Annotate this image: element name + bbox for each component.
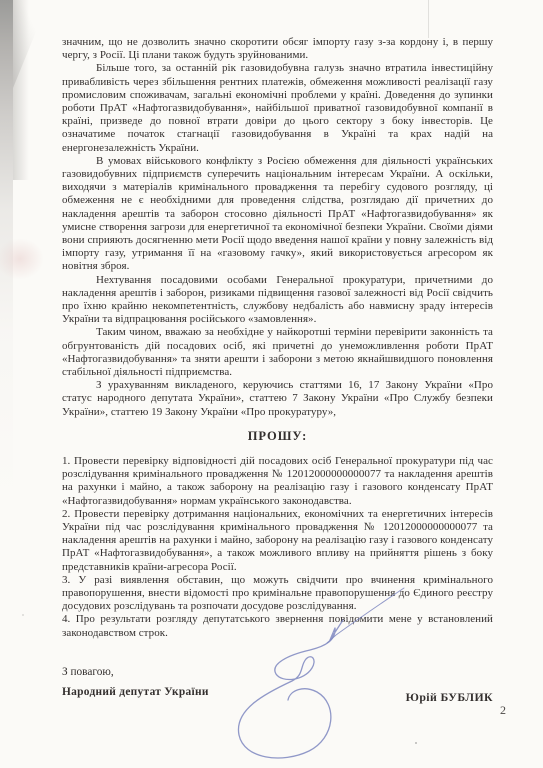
scan-edge-shadow	[0, 0, 13, 768]
scan-smudge	[0, 238, 44, 280]
signer-name: Юрій БУБЛИК	[406, 690, 493, 705]
page-number: 2	[500, 703, 506, 718]
request-heading: ПРОШУ:	[62, 429, 493, 444]
body-paragraph: З урахуванням викладеного, керуючись ста…	[62, 379, 493, 419]
closing-block: З повагою, Народний депутат України Юрій…	[62, 666, 493, 706]
scan-speck	[22, 614, 24, 616]
body-paragraph: В умовах військового конфлікту з Росією …	[62, 155, 493, 274]
body-paragraph: Нехтування посадовими особами Генерально…	[62, 274, 493, 327]
request-item: 2. Провести перевірку дотримання націона…	[62, 508, 493, 574]
scan-edge-line	[428, 0, 429, 38]
paper-corner-fold	[13, 0, 49, 88]
closing-salutation: З повагою,	[62, 666, 493, 678]
request-item: 4. Про результати розгляду депутатського…	[62, 613, 493, 639]
body-paragraph: значним, що не дозволить значно скоротит…	[62, 36, 493, 62]
scanned-document-page: значним, що не дозволить значно скоротит…	[0, 0, 543, 768]
scan-speck	[415, 742, 417, 744]
document-body: значним, що не дозволить значно скоротит…	[62, 36, 493, 706]
body-paragraph: Таким чином, вважаю за необхідне у найко…	[62, 326, 493, 379]
body-paragraph: Більше того, за останній рік газовидобув…	[62, 62, 493, 154]
request-item: 3. У разі виявлення обставин, що можуть …	[62, 574, 493, 614]
request-item: 1. Провести перевірку відповідності дій …	[62, 455, 493, 508]
request-items: 1. Провести перевірку відповідності дій …	[62, 455, 493, 640]
